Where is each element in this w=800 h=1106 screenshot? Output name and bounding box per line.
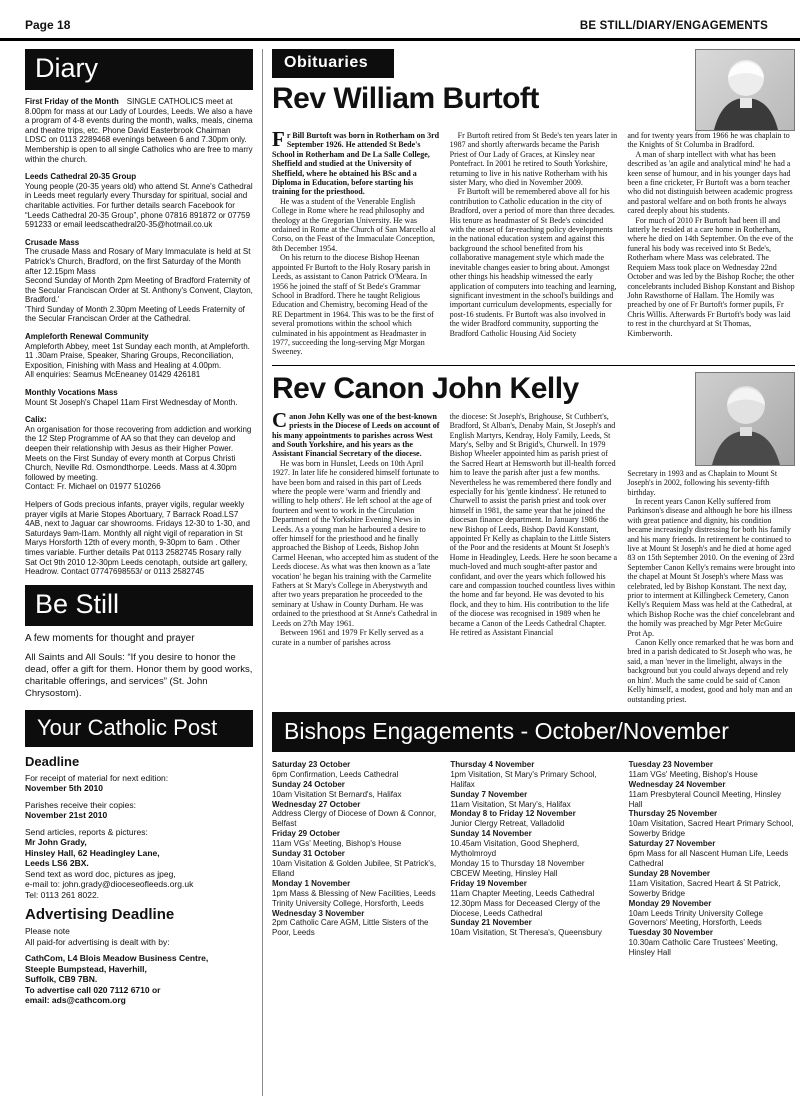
obituary-paragraph: Fr Burtoft retired from St Bede's ten ye… <box>450 131 618 187</box>
drop-cap: F <box>272 131 287 148</box>
diary-entry-text: SINGLE CATHOLICS meet at 8.00pm for mass… <box>25 97 253 164</box>
burtoft-column-3: and for twenty years from 1966 he was ch… <box>627 131 795 357</box>
drop-cap: C <box>272 412 289 429</box>
advertising-blocks: Please note All paid-for advertising is … <box>25 926 253 1006</box>
portrait-silhouette-icon <box>696 372 795 465</box>
deadline-heading: Deadline <box>25 754 253 769</box>
diary-entries: First Friday of the MonthSINGLE CATHOLIC… <box>25 97 253 577</box>
engagement-date: Thursday 4 November <box>450 760 616 770</box>
burtoft-portrait-photo <box>695 49 795 131</box>
diary-entry-text: Ampleforth Abbey, meet 1st Sunday each m… <box>25 342 250 380</box>
engagement-date: Sunday 14 November <box>450 829 616 839</box>
diary-entry: First Friday of the MonthSINGLE CATHOLIC… <box>25 97 253 164</box>
burtoft-lead-paragraph: Fr Bill Burtoft was born in Rotherham on… <box>272 131 440 197</box>
page-header: Page 18 BE STILL/DIARY/ENGAGEMENTS <box>0 0 800 41</box>
page-body: Diary First Friday of the MonthSINGLE CA… <box>0 41 800 1096</box>
engagement-date: Wednesday 3 November <box>272 909 438 919</box>
engagement-event: 11am VGs' Meeting, Bishop's House <box>272 839 438 849</box>
diary-entry-heading: Calix: <box>25 415 253 425</box>
post-block: CathCom, L4 Blois Meadow Business Centre… <box>25 953 253 1006</box>
be-still-quote: All Saints and All Souls: “If you desire… <box>25 652 253 700</box>
post-bold-text: November 5th 2010 <box>25 783 103 793</box>
post-text: Parishes receive their copies: <box>25 800 136 810</box>
post-bold-text: Mr John Grady, Hinsley Hall, 62 Headingl… <box>25 837 160 868</box>
engagement-event: 10am Visitation St Bernard's, Halifax <box>272 790 438 800</box>
engagements-banner: Bishops Engagements - October/November <box>272 712 795 752</box>
engagement-event: 10am Leeds Trinity University College Go… <box>629 909 795 929</box>
engagement-date: Tuesday 23 November <box>629 760 795 770</box>
obituary-kelly: Rev Canon John Kelly Canon John Kelly wa… <box>272 372 795 704</box>
right-column: Obituaries Rev William Burtoft Fr Bill B… <box>263 49 795 1096</box>
be-still-banner: Be Still <box>25 585 253 626</box>
burtoft-article: Fr Bill Burtoft was born in Rotherham on… <box>272 131 795 357</box>
post-block: Send articles, reports & pictures: Mr Jo… <box>25 827 253 901</box>
post-text: Send articles, reports & pictures: <box>25 827 148 837</box>
post-bold-text: CathCom, L4 Blois Meadow Business Centre… <box>25 953 208 1005</box>
diary-entry-heading: Leeds Cathedral 20-35 Group <box>25 172 253 182</box>
engagement-event: 11am Visitation, St Mary's, Halifax <box>450 800 616 810</box>
engagements-column-3: Tuesday 23 November11am VGs' Meeting, Bi… <box>629 760 795 958</box>
obituary-paragraph: Fr Burtoft will be remembered above all … <box>450 187 618 338</box>
diary-entry-heading: First Friday of the Month <box>25 97 119 106</box>
engagement-date: Friday 29 October <box>272 829 438 839</box>
obituary-paragraph: In recent years Canon Kelly suffered fro… <box>627 497 795 638</box>
engagement-date: Tuesday 30 November <box>629 928 795 938</box>
diary-entry-text: The crusade Mass and Rosary of Mary Imma… <box>25 247 253 323</box>
advertising-deadline-heading: Advertising Deadline <box>25 906 253 923</box>
obituary-burtoft-header: Obituaries Rev William Burtoft <box>272 49 795 131</box>
engagement-date: Sunday 28 November <box>629 869 795 879</box>
diary-entry: Helpers of Gods precious infants, prayer… <box>25 500 253 577</box>
deadline-blocks: For receipt of material for next edition… <box>25 773 253 901</box>
engagement-event: 10.30am Catholic Care Trustees' Meeting,… <box>629 938 795 958</box>
post-block: For receipt of material for next edition… <box>25 773 253 794</box>
engagement-date: Saturday 23 October <box>272 760 438 770</box>
obituary-paragraph: He was a student of the Venerable Englis… <box>272 197 440 253</box>
be-still-subtitle: A few moments for thought and prayer <box>25 633 253 644</box>
engagements-list: Saturday 23 October6pm Confirmation, Lee… <box>272 760 795 958</box>
diary-entry: Ampleforth Renewal CommunityAmpleforth A… <box>25 332 253 380</box>
engagement-event: Address Clergy of Diocese of Down & Conn… <box>272 809 438 829</box>
catholic-post-banner: Your Catholic Post <box>25 710 253 747</box>
page-number: Page 18 <box>25 18 70 32</box>
engagement-event: 11am Visitation, Sacred Heart & St Patri… <box>629 879 795 899</box>
diary-entry-heading: Monthly Vocations Mass <box>25 388 253 398</box>
engagement-date: Sunday 21 November <box>450 918 616 928</box>
post-text: Please note All paid-for advertising is … <box>25 926 170 947</box>
engagement-event: 10am Visitation, St Theresa's, Queensbur… <box>450 928 616 938</box>
left-column: Diary First Friday of the MonthSINGLE CA… <box>25 49 263 1096</box>
diary-entry: Leeds Cathedral 20-35 GroupYoung people … <box>25 172 253 230</box>
obituary-divider <box>272 365 795 366</box>
engagement-date: Monday 29 November <box>629 899 795 909</box>
engagements-column-2: Thursday 4 November1pm Visitation, St Ma… <box>450 760 616 958</box>
diary-entry-text: Young people (20-35 years old) who atten… <box>25 182 253 229</box>
post-bold-text: November 21st 2010 <box>25 810 107 820</box>
obituary-paragraph: He was born in Hunslet, Leeds on 10th Ap… <box>272 459 440 628</box>
post-block: Please note All paid-for advertising is … <box>25 926 253 947</box>
obituary-paragraph: Secretary in 1993 and as Chaplain to Mou… <box>627 469 795 497</box>
kelly-column-1: Canon John Kelly was one of the best-kno… <box>272 412 440 704</box>
engagement-date: Wednesday 24 November <box>629 780 795 790</box>
engagement-date: Monday 1 November <box>272 879 438 889</box>
diary-entry: Crusade MassThe crusade Mass and Rosary … <box>25 238 253 324</box>
burtoft-column-2: Fr Burtoft retired from St Bede's ten ye… <box>450 131 618 357</box>
engagement-date: Sunday 7 November <box>450 790 616 800</box>
obituary-paragraph: Between 1961 and 1979 Fr Kelly served as… <box>272 628 440 647</box>
engagement-event: 1pm Mass & Blessing of New Facilities, L… <box>272 889 438 909</box>
engagement-event: 2pm Catholic Care AGM, Little Sisters of… <box>272 918 438 938</box>
obituary-paragraph: the diocese: St Joseph's, Brighouse, St … <box>450 412 618 638</box>
diary-entry-heading: Ampleforth Renewal Community <box>25 332 253 342</box>
engagement-event: CBCEW Meeting, Hinsley Hall <box>450 869 616 879</box>
obituaries-banner: Obituaries <box>272 49 394 78</box>
engagement-event: 12.30pm Mass for Deceased Clergy of the … <box>450 899 616 919</box>
obituary-paragraph: On his return to the diocese Bishop Heen… <box>272 253 440 356</box>
engagement-date: Wednesday 27 October <box>272 800 438 810</box>
burtoft-column-1: Fr Bill Burtoft was born in Rotherham on… <box>272 131 440 357</box>
kelly-portrait-photo <box>695 372 795 466</box>
engagement-event: 10am Visitation, Sacred Heart Primary Sc… <box>629 819 795 839</box>
obituary-paragraph: Canon Kelly once remarked that he was bo… <box>627 638 795 704</box>
diary-entry: Monthly Vocations MassMount St Joseph's … <box>25 388 253 407</box>
portrait-silhouette-icon <box>696 49 795 130</box>
post-text: Send text as word doc, pictures as jpeg,… <box>25 869 193 900</box>
diary-banner: Diary <box>25 49 253 90</box>
post-block: Parishes receive their copies: November … <box>25 800 253 821</box>
burtoft-headline: Rev William Burtoft <box>272 82 695 116</box>
obituary-paragraph: and for twenty years from 1966 he was ch… <box>627 131 795 150</box>
obituary-paragraph: For much of 2010 Fr Burtoft had been ill… <box>627 216 795 338</box>
post-text: For receipt of material for next edition… <box>25 773 168 783</box>
engagement-date: Friday 19 November <box>450 879 616 889</box>
kelly-column-2: the diocese: St Joseph's, Brighouse, St … <box>450 412 618 704</box>
diary-entry-text: Mount St Joseph's Chapel 11am First Wedn… <box>25 398 237 407</box>
engagements-column-1: Saturday 23 October6pm Confirmation, Lee… <box>272 760 438 958</box>
engagement-event: Junior Clergy Retreat, Valladolid <box>450 819 616 829</box>
diary-entry-text: An organisation for those recovering fro… <box>25 425 251 492</box>
engagement-date: Sunday 24 October <box>272 780 438 790</box>
engagement-event: 10.45am Visitation, Good Shepherd, Mytho… <box>450 839 616 859</box>
diary-entry: Calix:An organisation for those recoveri… <box>25 415 253 492</box>
engagement-date: Sunday 31 October <box>272 849 438 859</box>
engagement-event: 6pm Mass for all Nascent Human Life, Lee… <box>629 849 795 869</box>
kelly-lead-paragraph: Canon John Kelly was one of the best-kno… <box>272 412 440 459</box>
obituary-burtoft-titles: Obituaries Rev William Burtoft <box>272 49 695 122</box>
engagement-event: 10am Visitation & Golden Jubilee, St Pat… <box>272 859 438 879</box>
obituary-paragraph: A man of sharp intellect with what has b… <box>627 150 795 216</box>
engagement-event: 1pm Visitation, St Mary's Primary School… <box>450 770 616 790</box>
engagement-event: 11am VGs' Meeting, Bishop's House <box>629 770 795 780</box>
engagement-date: Monday 8 to Friday 12 November <box>450 809 616 819</box>
section-title: BE STILL/DIARY/ENGAGEMENTS <box>580 20 768 32</box>
engagement-event: 11am Chapter Meeting, Leeds Cathedral <box>450 889 616 899</box>
engagement-event: 6pm Confirmation, Leeds Cathedral <box>272 770 438 780</box>
newspaper-page: Page 18 BE STILL/DIARY/ENGAGEMENTS Diary… <box>0 0 800 1106</box>
diary-entry-text: Helpers of Gods precious infants, prayer… <box>25 500 250 576</box>
engagement-date: Saturday 27 November <box>629 839 795 849</box>
engagement-event: Monday 15 to Thursday 18 November <box>450 859 616 869</box>
engagement-event: 11am Presbyteral Council Meeting, Hinsle… <box>629 790 795 810</box>
diary-entry-heading: Crusade Mass <box>25 238 253 248</box>
engagement-date: Thursday 25 November <box>629 809 795 819</box>
